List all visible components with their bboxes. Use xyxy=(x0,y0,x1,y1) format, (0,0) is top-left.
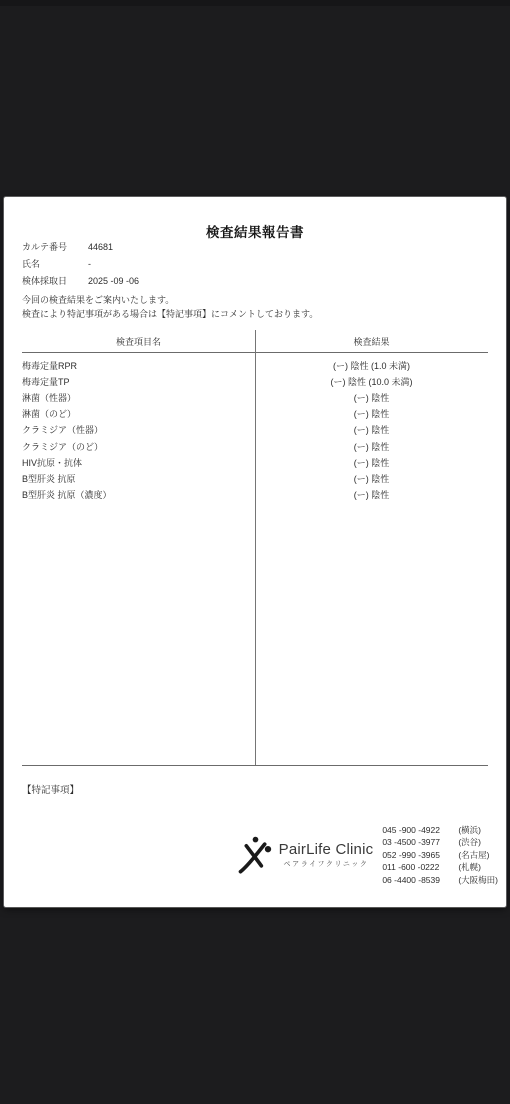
phone-row: 06 -4400 -8539 (大阪梅田) xyxy=(382,874,498,886)
test-item: 梅毒定量TP xyxy=(22,375,255,388)
test-item: B型肝炎 抗原 xyxy=(22,472,255,485)
test-item: 淋菌（性器） xyxy=(22,391,255,404)
test-result: (ー) 陰性 (1.0 未満) xyxy=(255,359,488,372)
clinic-footer: PairLife Clinic ペアライフクリニック 045 -900 -492… xyxy=(237,824,498,886)
test-result: (ー) 陰性 xyxy=(255,391,488,404)
phone-number: 06 -4400 -8539 xyxy=(382,874,458,886)
phone-row: 03 -4500 -3977 (渋谷) xyxy=(382,836,498,848)
phone-row: 011 -600 -0222 (札幌) xyxy=(382,861,498,873)
test-result: (ー) 陰性 xyxy=(255,407,488,420)
collection-date-value: 2025 -09 -06 xyxy=(88,273,139,290)
collection-date-label: 検体採取日 xyxy=(22,273,88,290)
intro-line-1: 今回の検査結果をご案内いたします。 xyxy=(22,293,488,307)
info-row-chart-number: カルテ番号 44681 xyxy=(22,239,488,256)
intro-text: 今回の検査結果をご案内いたします。 検査により特記事項がある場合は【特記事項】に… xyxy=(22,293,488,321)
results-table: 検査項目名 検査結果 梅毒定量RPR (ー) 陰性 (1.0 未満) 梅毒定量T… xyxy=(22,330,488,766)
phone-row: 052 -990 -3965 (名古屋) xyxy=(382,849,498,861)
column-header-result: 検査結果 xyxy=(255,335,488,348)
phone-location: (大阪梅田) xyxy=(458,874,498,886)
clinic-logo: PairLife Clinic ペアライフクリニック xyxy=(237,835,374,875)
clinic-name: PairLife Clinic xyxy=(279,841,374,858)
pairlife-logo-icon xyxy=(237,835,274,875)
test-result: (ー) 陰性 xyxy=(255,440,488,453)
test-result: (ー) 陰性 xyxy=(255,423,488,436)
intro-line-2: 検査により特記事項がある場合は【特記事項】にコメントしております。 xyxy=(22,307,488,321)
phone-location: (札幌) xyxy=(458,861,481,873)
chart-number-label: カルテ番号 xyxy=(22,239,88,256)
phone-location: (名古屋) xyxy=(458,849,489,861)
name-value: - xyxy=(88,256,91,273)
clinic-logo-text: PairLife Clinic ペアライフクリニック xyxy=(279,841,374,869)
phone-number: 03 -4500 -3977 xyxy=(382,836,458,848)
document-viewer[interactable]: 検査結果報告書 カルテ番号 44681 氏名 - 検体採取日 2025 -09 … xyxy=(0,0,510,1104)
page-title: 検査結果報告書 xyxy=(4,221,506,241)
test-item: クラミジア（性器） xyxy=(22,423,255,436)
info-row-name: 氏名 - xyxy=(22,256,488,273)
clinic-name-kana: ペアライフクリニック xyxy=(284,859,369,869)
patient-info: カルテ番号 44681 氏名 - 検体採取日 2025 -09 -06 xyxy=(22,239,488,289)
test-item: 淋菌（のど） xyxy=(22,407,255,420)
table-column-divider xyxy=(255,330,256,765)
test-item: HIV抗原・抗体 xyxy=(22,456,255,469)
info-row-collection-date: 検体採取日 2025 -09 -06 xyxy=(22,273,488,290)
phone-number: 052 -990 -3965 xyxy=(382,849,458,861)
name-label: 氏名 xyxy=(22,256,88,273)
test-result: (ー) 陰性 (10.0 未満) xyxy=(255,375,488,388)
test-result: (ー) 陰性 xyxy=(255,456,488,469)
test-item: クラミジア（のど） xyxy=(22,440,255,453)
special-notes-label: 【特記事項】 xyxy=(22,782,79,796)
phone-number: 011 -600 -0222 xyxy=(382,861,458,873)
phone-number: 045 -900 -4922 xyxy=(382,824,458,836)
chart-number-value: 44681 xyxy=(88,239,113,256)
report-page: 検査結果報告書 カルテ番号 44681 氏名 - 検体採取日 2025 -09 … xyxy=(4,197,506,907)
test-item: B型肝炎 抗原（濃度） xyxy=(22,488,255,501)
clinic-phone-list: 045 -900 -4922 (横浜) 03 -4500 -3977 (渋谷) … xyxy=(382,824,498,886)
phone-row: 045 -900 -4922 (横浜) xyxy=(382,824,498,836)
phone-location: (横浜) xyxy=(458,824,481,836)
test-item: 梅毒定量RPR xyxy=(22,359,255,372)
phone-location: (渋谷) xyxy=(458,836,481,848)
test-result: (ー) 陰性 xyxy=(255,488,488,501)
test-result: (ー) 陰性 xyxy=(255,472,488,485)
column-header-item: 検査項目名 xyxy=(22,335,255,348)
